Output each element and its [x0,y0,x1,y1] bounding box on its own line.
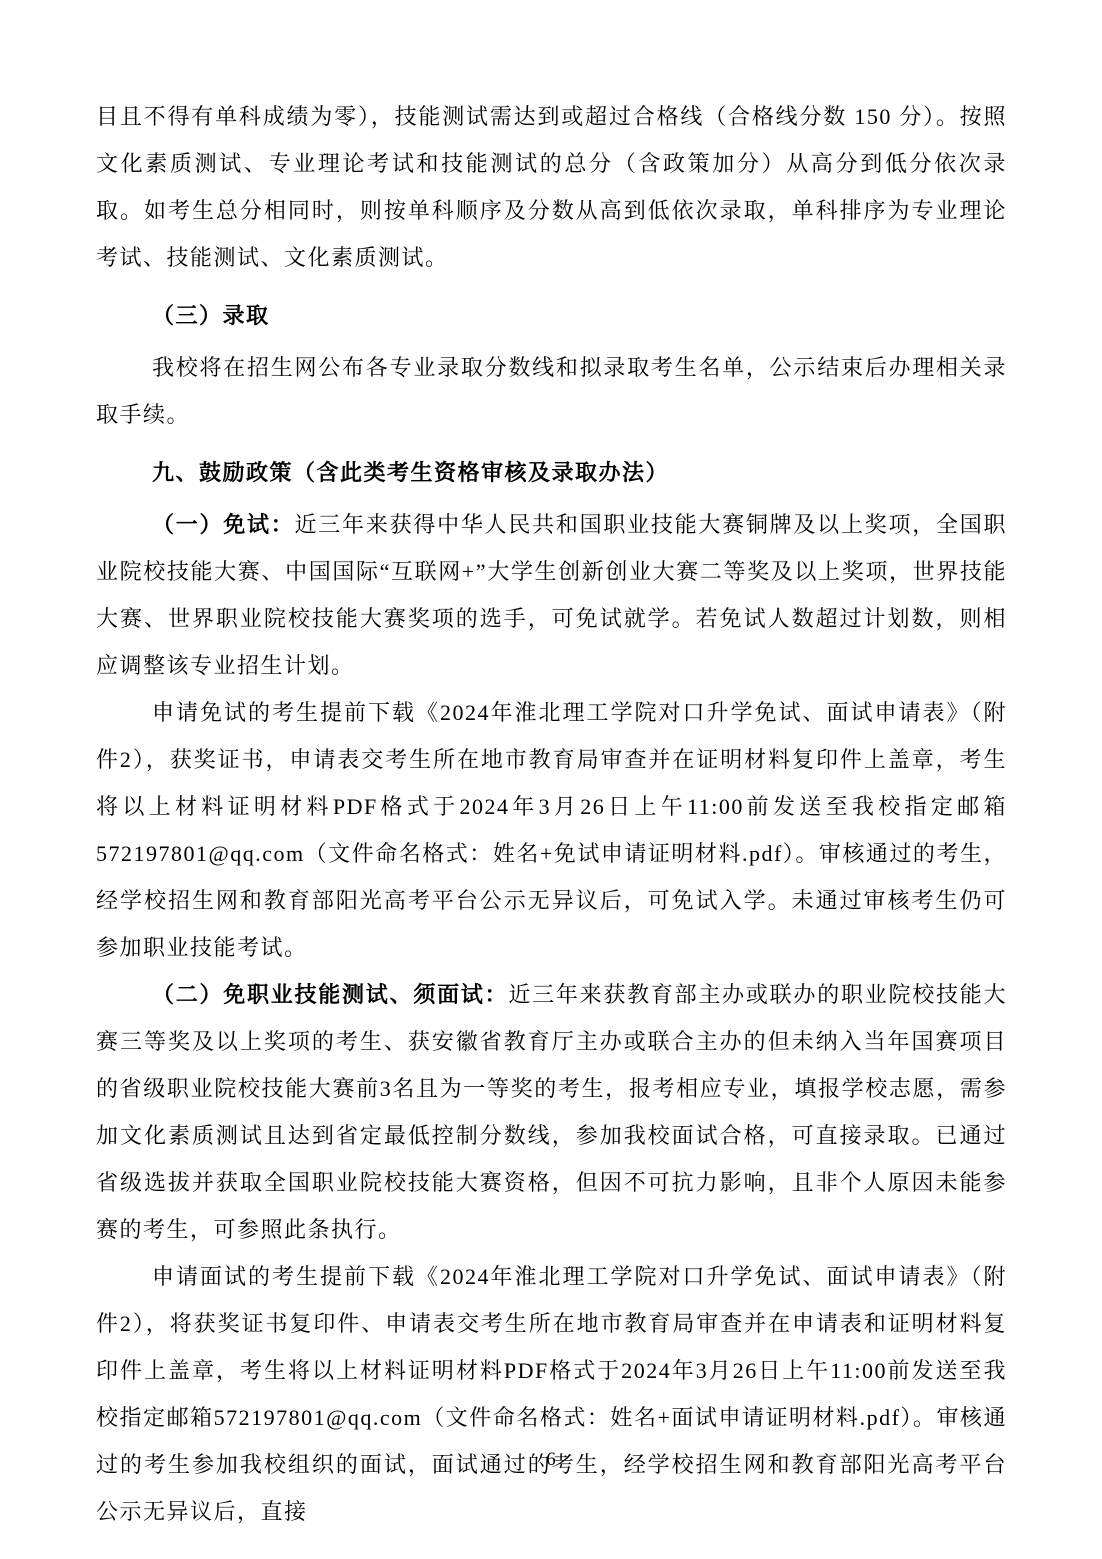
paragraph-luqu-body: 我校将在招生网公布各专业录取分数线和拟录取考生名单，公示结束后办理相关录取手续。 [96,344,1007,438]
paragraph-mianshi-application: 申请免试的考生提前下载《2024年淮北理工学院对口升学免试、面试申请表》（附件2… [96,689,1007,971]
paragraph-skip-skill-test: （二）免职业技能测试、须面试：近三年来获教育部主办或联办的职业院校技能大赛三等奖… [96,971,1007,1253]
paragraph-lead-mianshi: （一）免试： [152,512,295,537]
paragraph-lead-skip-skill-test: （二）免职业技能测试、须面试： [152,982,508,1007]
paragraph-mianshi-exemption: （一）免试：近三年来获得中华人民共和国职业技能大赛铜牌及以上奖项，全国职业院校技… [96,501,1007,689]
paragraph-interview-application: 申请面试的考生提前下载《2024年淮北理工学院对口升学免试、面试申请表》（附件2… [96,1253,1007,1535]
section-heading-luqu: （三）录取 [96,292,1007,339]
document-page: 目且不得有单科成绩为零），技能测试需达到或超过合格线（合格线分数 150 分）。… [0,0,1102,1559]
paragraph-admission-rules-continuation: 目且不得有单科成绩为零），技能测试需达到或超过合格线（合格线分数 150 分）。… [96,93,1007,281]
paragraph-text-skip-skill-test: 近三年来获教育部主办或联办的职业院校技能大赛三等奖及以上奖项的考生、获安徽省教育… [96,982,1007,1242]
page-content: 目且不得有单科成绩为零），技能测试需达到或超过合格线（合格线分数 150 分）。… [96,93,1007,1535]
page-number: 6 [0,1448,1102,1472]
section-heading-guli-zhengce: 九、鼓励政策（含此类考生资格审核及录取办法） [96,449,1007,496]
